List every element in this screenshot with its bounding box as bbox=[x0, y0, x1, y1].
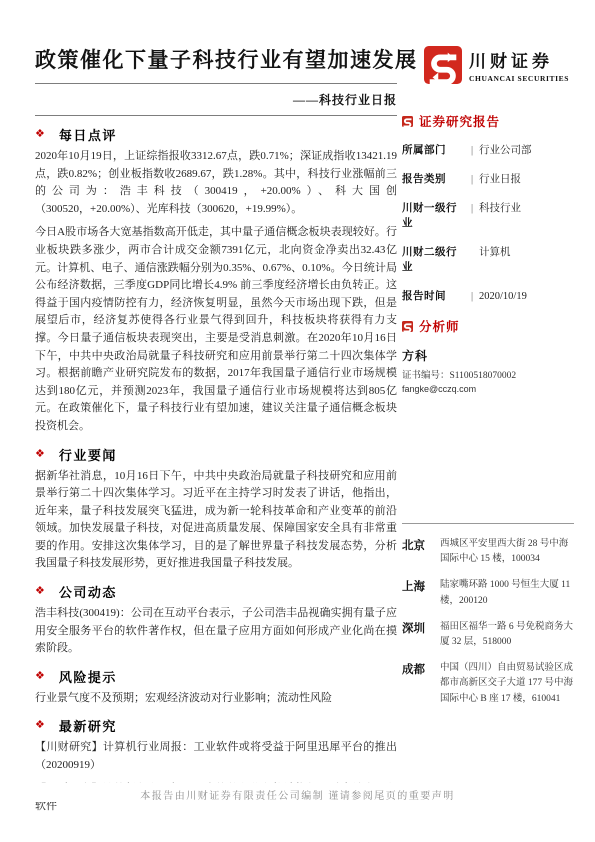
report-badge-icon bbox=[402, 116, 413, 127]
company-news-paragraph: 浩丰科技(300419)：公司在互动平台表示，子公司浩丰品视确实拥有量子应用安全… bbox=[35, 605, 397, 658]
industry-news-paragraph: 据新华社消息，10月16日下午，中共中央政治局就量子科技研究和应用前景举行第二十… bbox=[35, 468, 397, 574]
info-value: 行业公司部 bbox=[479, 142, 574, 157]
title-divider bbox=[35, 83, 397, 84]
section-heading-row: ❖ 每日点评 bbox=[35, 125, 397, 144]
section-heading-row: ❖ 公司动态 bbox=[35, 582, 397, 601]
office-address: 陆家嘴环路 1000 号恒生大厦 11 楼，200120 bbox=[440, 578, 574, 608]
office-city: 北京 bbox=[402, 537, 431, 567]
analyst-cert-number: 证书编号：S1100518070002 bbox=[402, 367, 574, 381]
section-heading: 风险提示 bbox=[59, 667, 117, 686]
pipe-separator: | bbox=[465, 203, 479, 214]
section-heading-row: ❖ 风险提示 bbox=[35, 667, 397, 686]
report-title: 政策催化下量子科技行业有望加速发展 bbox=[35, 44, 397, 74]
section-industry-news: ❖ 行业要闻 据新华社消息，10月16日下午，中共中央政治局就量子科技研究和应用… bbox=[35, 445, 397, 574]
section-heading-row: ❖ 最新研究 bbox=[35, 716, 397, 735]
research-item: 【川财研究】计算机行业周报：工业软件或将受益于阿里迅犀平台的推出（2020091… bbox=[35, 739, 397, 774]
info-value: 科技行业 bbox=[479, 200, 574, 215]
section-bullet-icon: ❖ bbox=[35, 720, 45, 731]
office-address: 西城区平安里西大街 28 号中海国际中心 15 楼，100034 bbox=[440, 537, 574, 567]
logo-name-cn: 川财证券 bbox=[469, 47, 569, 72]
daily-review-paragraph: 2020年10月19日，上证综指报收3312.67点，跌0.71%；深证成指收1… bbox=[35, 148, 397, 218]
office-address: 中国（四川）自由贸易试验区成都市高新区交子大道 177 号中海国际中心 B 座 … bbox=[440, 661, 574, 707]
subtitle-divider bbox=[35, 115, 397, 116]
analyst-title: 分析师 bbox=[419, 317, 460, 335]
section-heading-row: ❖ 行业要闻 bbox=[35, 445, 397, 464]
office-city: 上海 bbox=[402, 578, 431, 608]
pipe-separator: | bbox=[465, 291, 479, 302]
info-value: 2020/10/19 bbox=[479, 291, 574, 302]
footer-disclaimer: 本报告由川财证券有限责任公司编制 谨请参阅尾页的重要声明 bbox=[0, 783, 595, 802]
chuancai-logo-icon bbox=[424, 46, 462, 84]
analyst-email: fangke@cczq.com bbox=[402, 384, 574, 394]
pipe-separator: | bbox=[465, 174, 479, 185]
office-shenzhen: 深圳 福田区福华一路 6 号免税商务大厦 32 层，518000 bbox=[402, 620, 574, 650]
analyst-badge-icon bbox=[402, 321, 413, 332]
info-label: 报告时间 bbox=[402, 288, 465, 303]
report-sidebar: 证券研究报告 所属部门 | 行业公司部 报告类别 | 行业日报 川财一级行业 |… bbox=[402, 112, 574, 772]
info-row-report-date: 报告时间 | 2020/10/19 bbox=[402, 288, 574, 303]
info-label: 川财二级行业 bbox=[402, 244, 465, 274]
office-shanghai: 上海 陆家嘴环路 1000 号恒生大厦 11 楼，200120 bbox=[402, 578, 574, 608]
logo-text: 川财证券 CHUANCAI SECURITIES bbox=[469, 47, 569, 83]
report-page: 川财证券 CHUANCAI SECURITIES 政策催化下量子科技行业有望加速… bbox=[0, 0, 595, 842]
info-row-industry-l2: 川财二级行业 计算机 bbox=[402, 244, 574, 274]
section-heading: 行业要闻 bbox=[59, 445, 117, 464]
info-value: 计算机 bbox=[479, 244, 574, 259]
info-row-industry-l1: 川财一级行业 | 科技行业 bbox=[402, 200, 574, 230]
section-risk-warning: ❖ 风险提示 行业景气度不及预期；宏观经济波动对行业影响；流动性风险 bbox=[35, 667, 397, 708]
office-chengdu: 成都 中国（四川）自由贸易试验区成都市高新区交子大道 177 号中海国际中心 B… bbox=[402, 661, 574, 707]
analyst-header: 分析师 bbox=[402, 317, 574, 335]
report-subtitle: ——科技行业日报 bbox=[35, 91, 397, 108]
info-value: 行业日报 bbox=[479, 171, 574, 186]
pipe-separator: | bbox=[465, 145, 479, 156]
company-logo: 川财证券 CHUANCAI SECURITIES bbox=[424, 46, 569, 84]
info-label: 所属部门 bbox=[402, 142, 465, 157]
office-city: 成都 bbox=[402, 661, 431, 707]
office-city: 深圳 bbox=[402, 620, 431, 650]
logo-name-en: CHUANCAI SECURITIES bbox=[469, 74, 569, 83]
report-info-table: 所属部门 | 行业公司部 报告类别 | 行业日报 川财一级行业 | 科技行业 川… bbox=[402, 142, 574, 303]
section-heading: 公司动态 bbox=[59, 582, 117, 601]
office-addresses: 北京 西城区平安里西大街 28 号中海国际中心 15 楼，100034 上海 陆… bbox=[402, 523, 574, 718]
analyst-block: 分析师 方科 证书编号：S1100518070002 fangke@cczq.c… bbox=[402, 317, 574, 394]
section-bullet-icon: ❖ bbox=[35, 586, 45, 597]
section-bullet-icon: ❖ bbox=[35, 129, 45, 140]
report-badge-title: 证券研究报告 bbox=[419, 112, 500, 130]
info-row-department: 所属部门 | 行业公司部 bbox=[402, 142, 574, 157]
section-bullet-icon: ❖ bbox=[35, 449, 45, 460]
report-badge: 证券研究报告 bbox=[402, 112, 574, 130]
info-label: 报告类别 bbox=[402, 171, 465, 186]
daily-review-paragraph: 今日A股市场各大宽基指数高开低走，其中量子通信概念板块表现较好。行业板块跌多涨少… bbox=[35, 224, 397, 435]
section-heading: 最新研究 bbox=[59, 716, 117, 735]
section-bullet-icon: ❖ bbox=[35, 671, 45, 682]
section-company-news: ❖ 公司动态 浩丰科技(300419)：公司在互动平台表示，子公司浩丰品视确实拥… bbox=[35, 582, 397, 658]
office-beijing: 北京 西城区平安里西大街 28 号中海国际中心 15 楼，100034 bbox=[402, 537, 574, 567]
section-heading: 每日点评 bbox=[59, 125, 117, 144]
main-column: 政策催化下量子科技行业有望加速发展 ——科技行业日报 ❖ 每日点评 2020年1… bbox=[35, 44, 397, 816]
office-address: 福田区福华一路 6 号免税商务大厦 32 层，518000 bbox=[440, 620, 574, 650]
info-row-report-type: 报告类别 | 行业日报 bbox=[402, 171, 574, 186]
risk-warning-paragraph: 行业景气度不及预期；宏观经济波动对行业影响；流动性风险 bbox=[35, 690, 397, 708]
info-label: 川财一级行业 bbox=[402, 200, 465, 230]
analyst-name: 方科 bbox=[402, 347, 574, 364]
section-daily-review: ❖ 每日点评 2020年10月19日，上证综指报收3312.67点，跌0.71%… bbox=[35, 125, 397, 436]
